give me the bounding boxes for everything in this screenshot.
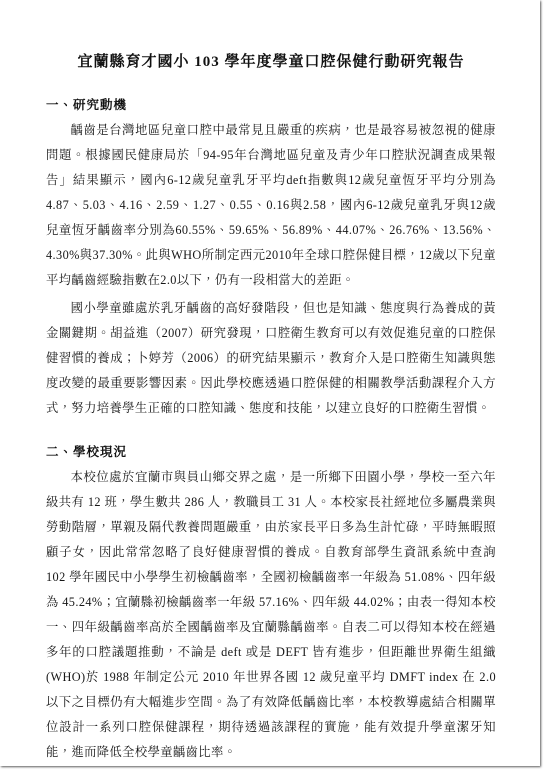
section-heading-research-motivation: 一、研究動機 — [46, 95, 496, 115]
document-title: 宜蘭縣育才國小 103 學年度學童口腔保健行動研究報告 — [46, 50, 496, 74]
paragraph-school-status-1: 本校位處於宜蘭市與員山鄉交界之處，是一所鄉下田園小學，學校一至六年級共有 12 … — [46, 465, 496, 765]
paragraph-motivation-2: 國小學童雖處於乳牙齲齒的高好發階段，但也是知識、態度與行為養成的黃金關鍵期。胡益… — [46, 296, 496, 421]
section-heading-school-status: 二、學校現況 — [46, 442, 496, 462]
document-page: 宜蘭縣育才國小 103 學年度學童口腔保健行動研究報告 一、研究動機 齲齒是台灣… — [0, 0, 540, 766]
paragraph-motivation-1: 齲齒是台灣地區兒童口腔中最常見且嚴重的疾病，也是最容易被忽視的健康問題。根據國民… — [46, 118, 496, 293]
